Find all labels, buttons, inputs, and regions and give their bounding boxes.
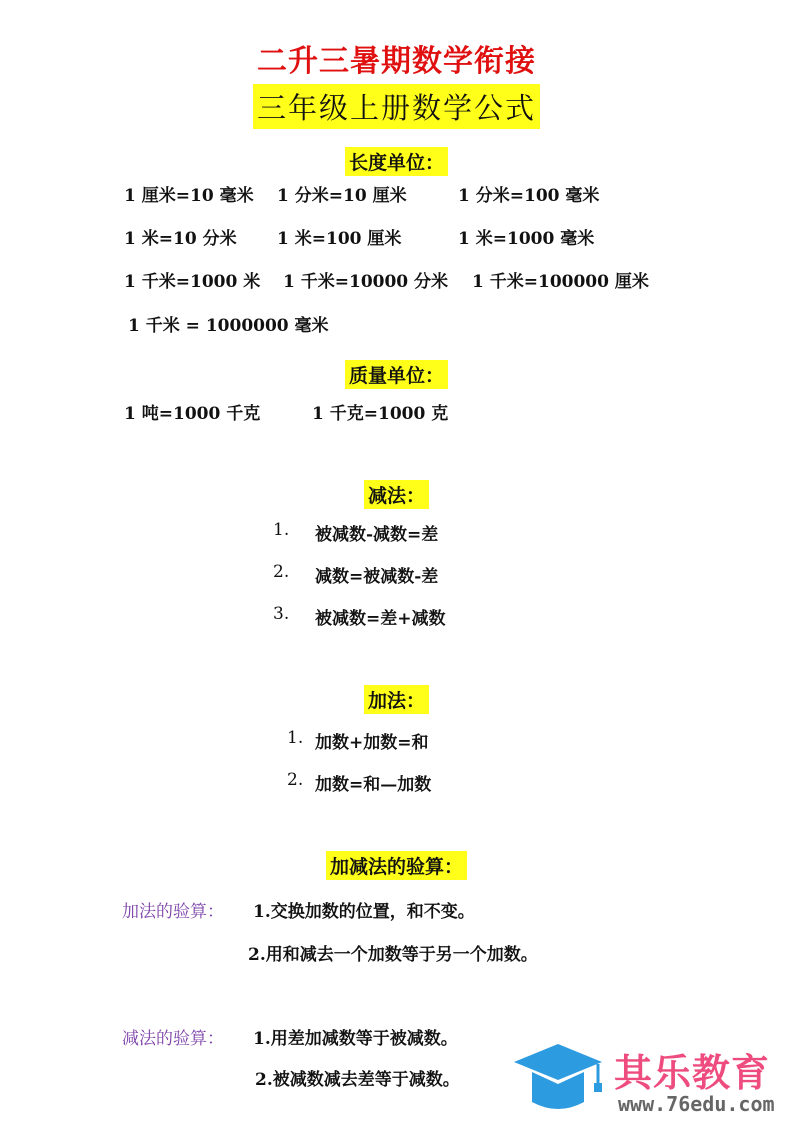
subtraction-item-3-text: 被减数=差+减数 [315,604,446,629]
verification-heading: 加减法的验算： [326,851,467,880]
addition-item-1-text: 加数+加数=和 [315,728,429,753]
length-units-heading: 长度单位： [345,147,448,176]
brand-url: www.76edu.com [618,1092,775,1116]
subtraction-verification-item-2: 2.被减数减去差等于减数。 [255,1065,460,1090]
addition-item-2-num: 2. [287,770,303,790]
length-row-1-col-2: 1 分米=10 厘米 [277,181,407,206]
verification-heading-container: 加减法的验算： [0,851,793,880]
mass-units-heading: 质量单位： [345,360,448,389]
addition-verification-item-1: 1.交换加数的位置，和不变。 [253,897,475,922]
length-row-2-col-2: 1 米=100 厘米 [277,224,401,249]
graduation-cap-icon [510,1040,610,1120]
subtraction-item-2-text: 减数=被减数-差 [315,562,438,587]
addition-verification-item-2: 2.用和减去一个加数等于另一个加数。 [248,940,538,965]
length-heading-container: 长度单位： [0,147,793,176]
length-row-4-col-1: 1 千米 = 1000000 毫米 [128,311,329,336]
subtraction-verification-item-1: 1.用差加减数等于被减数。 [253,1024,458,1049]
subtraction-item-1-num: 1. [273,520,289,540]
length-row-1-col-3: 1 分米=100 毫米 [458,181,599,206]
length-row-3-col-2: 1 千米=10000 分米 [283,267,448,292]
length-row-3-col-3: 1 千米=100000 厘米 [472,267,649,292]
subtitle-container: 三年级上册数学公式 [0,84,793,129]
subtraction-item-3-num: 3. [273,604,289,624]
mass-row-1-col-2: 1 千克=1000 克 [312,399,448,424]
subtraction-heading-container: 减法： [0,480,793,509]
addition-verification-label: 加法的验算： [122,897,224,922]
page-title: 二升三暑期数学衔接 [0,36,793,80]
subtraction-verification-label: 减法的验算： [122,1024,224,1049]
addition-item-1-num: 1. [287,728,303,748]
length-row-1-col-1: 1 厘米=10 毫米 [124,181,254,206]
addition-heading-container: 加法： [0,685,793,714]
mass-heading-container: 质量单位： [0,360,793,389]
brand-name: 其乐教育 [614,1042,770,1097]
length-row-2-col-1: 1 米=10 分米 [124,224,237,249]
length-row-3-col-1: 1 千米=1000 米 [124,267,260,292]
addition-heading: 加法： [364,685,429,714]
subtraction-item-2-num: 2. [273,562,289,582]
subtraction-heading: 减法： [364,480,429,509]
mass-row-1-col-1: 1 吨=1000 千克 [124,399,260,424]
length-row-2-col-3: 1 米=1000 毫米 [458,224,594,249]
watermark-logo: 其乐教育 www.76edu.com [510,1040,790,1120]
subtraction-item-1-text: 被减数-减数=差 [315,520,438,545]
page-subtitle: 三年级上册数学公式 [253,84,540,129]
addition-item-2-text: 加数=和—加数 [315,770,431,795]
